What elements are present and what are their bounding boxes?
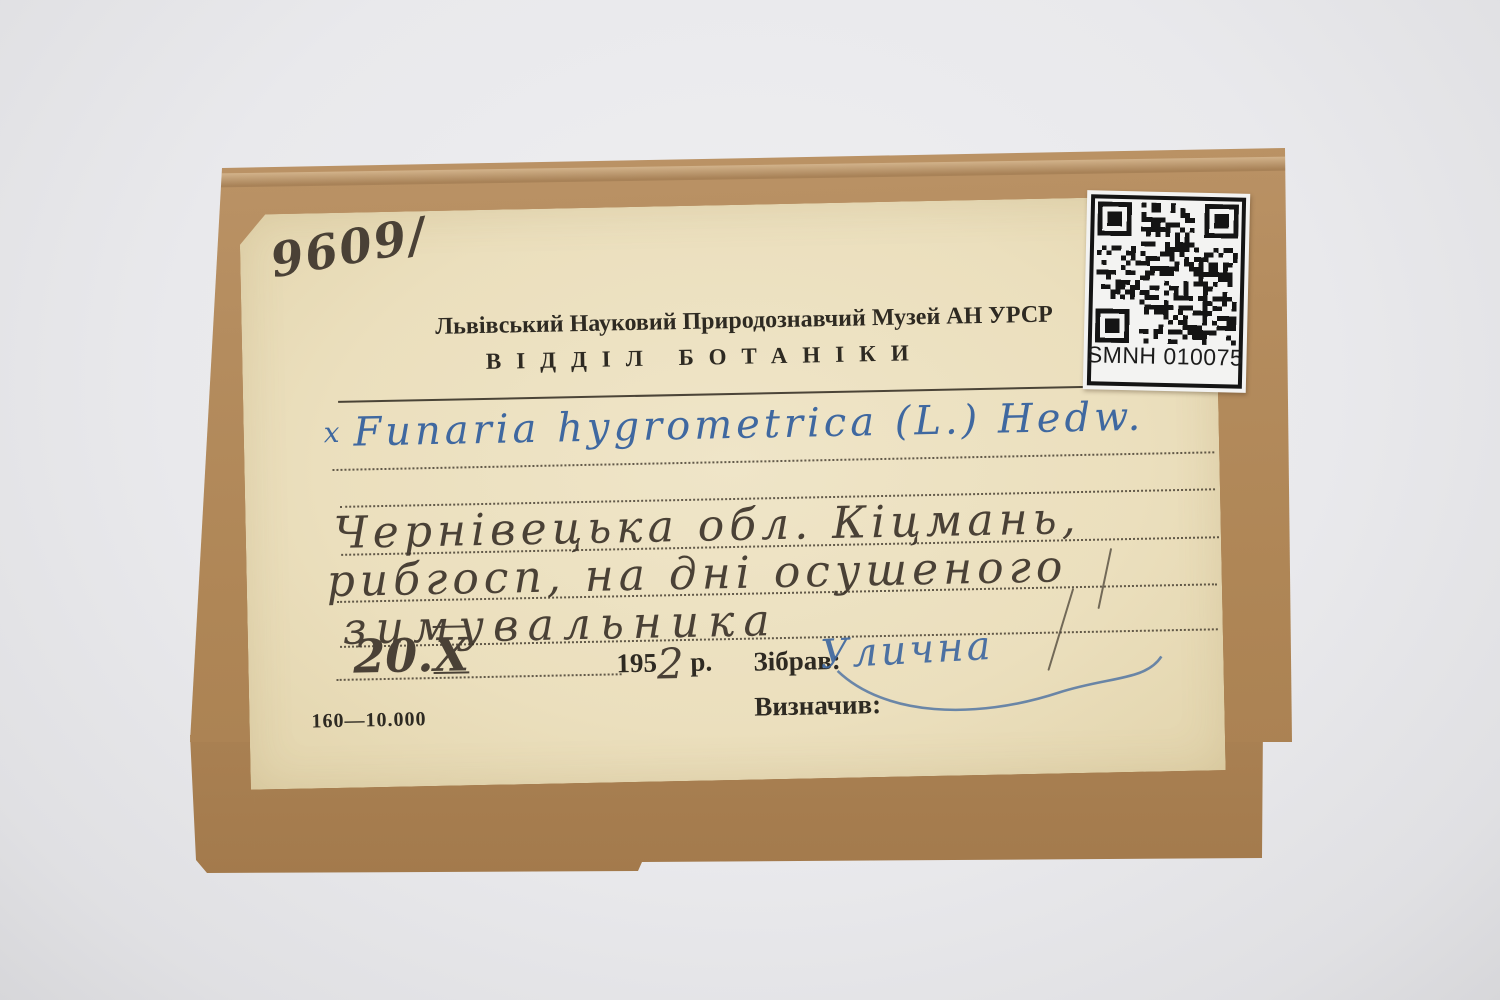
- year-printed-prefix: 195: [616, 648, 657, 679]
- qr-code-label: SMNH 010075: [1087, 342, 1244, 370]
- signature-flourish: [833, 648, 1166, 727]
- date-day: 20.: [353, 628, 434, 684]
- pen-stroke: [1097, 548, 1112, 609]
- photo-background: 9609/ Львівський Науковий Природознавчий…: [0, 0, 1500, 1000]
- species-name: Funaria hygrometrica (L.) Hedw.: [353, 394, 1145, 456]
- specimen-label: 9609/ Львівський Науковий Природознавчий…: [239, 195, 1225, 789]
- year-handwritten-digit: 2: [656, 639, 684, 689]
- species-check-mark: x: [323, 416, 343, 449]
- year-suffix: р.: [683, 646, 712, 677]
- accession-number: 9609/: [266, 207, 431, 289]
- qr-sticker: SMNH 010075: [1083, 190, 1250, 393]
- qr-frame: SMNH 010075: [1087, 194, 1246, 388]
- museum-header-line2: ВІДДІЛ БОТАНІКИ: [382, 338, 1027, 377]
- species-line: xFunaria hygrometrica (L.) Hedw.: [323, 394, 1144, 456]
- ruled-line: [332, 451, 1214, 471]
- date-handwritten: 20.X: [353, 627, 470, 683]
- museum-header-line1: Львівський Науковий Природознавчий Музей…: [411, 301, 1076, 341]
- date-month-numeral: X: [433, 627, 470, 682]
- qr-code: [1095, 201, 1239, 345]
- year-field: 1952 р.: [616, 646, 712, 679]
- print-run-number: 160—10.000: [311, 708, 426, 733]
